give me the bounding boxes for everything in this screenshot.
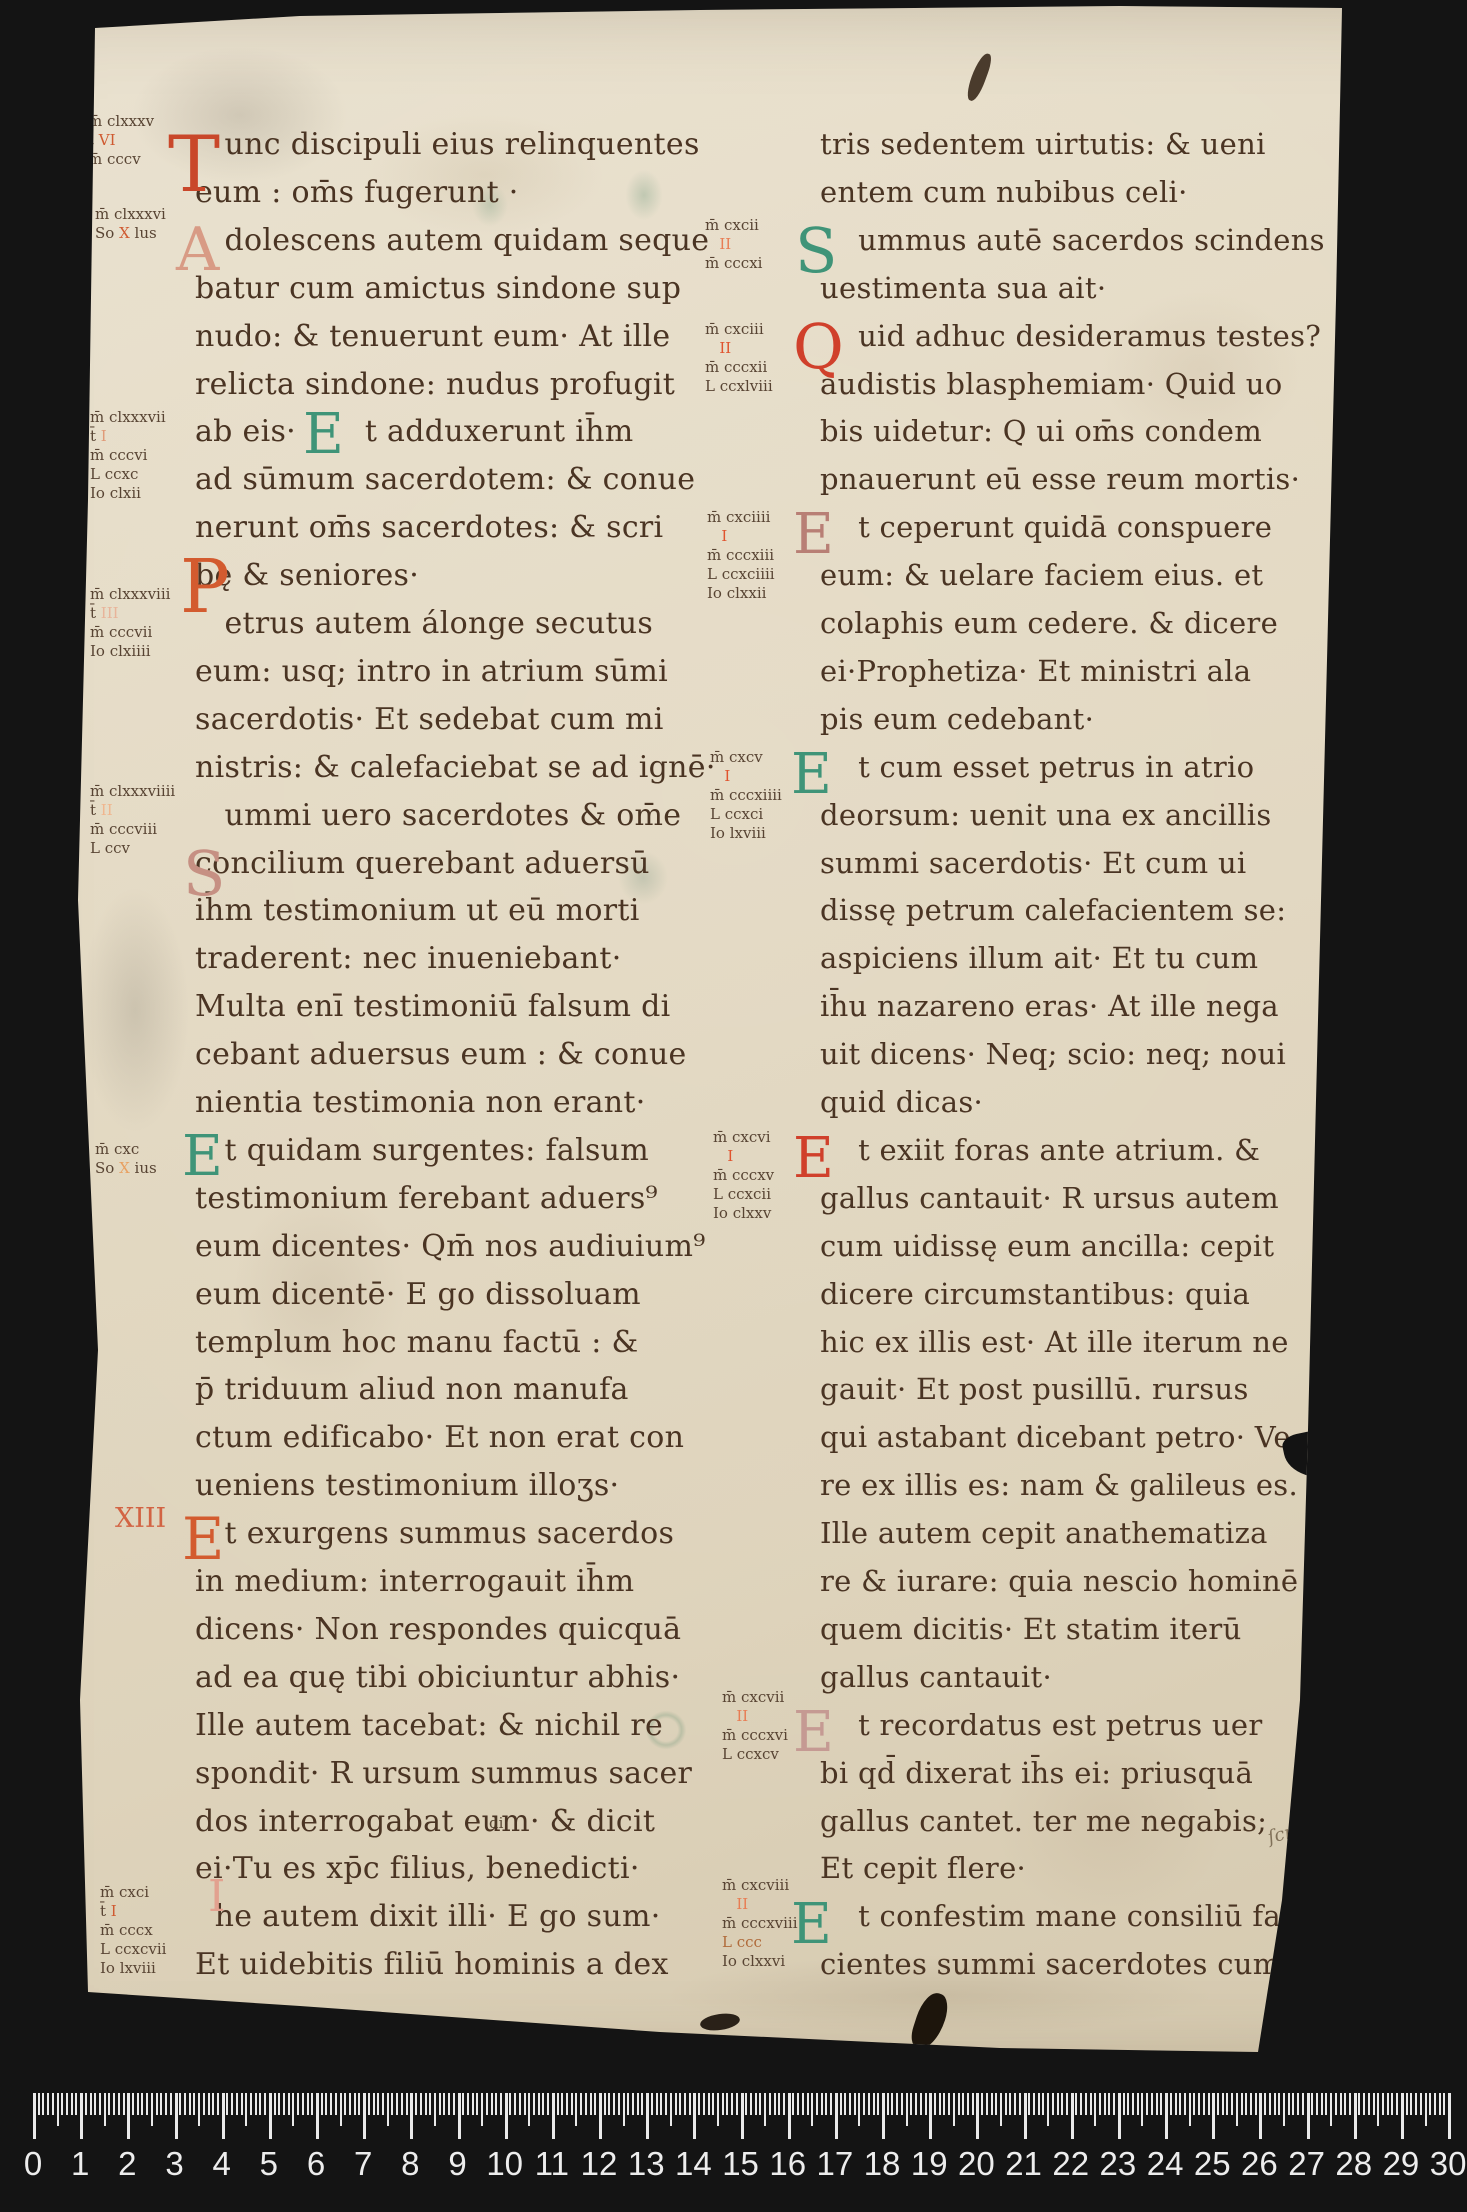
ruler-tick — [1222, 2093, 1224, 2115]
ruler-tick — [774, 2093, 776, 2115]
ruler-tick — [519, 2093, 521, 2115]
parchment-folio: unc discipuli eius relinquenteseum : om̄… — [0, 0, 1467, 2075]
ruler-tick — [830, 2093, 832, 2115]
ruler-tick — [170, 2093, 172, 2115]
ruler-tick — [882, 2093, 885, 2139]
ruler-tick — [132, 2093, 134, 2115]
ruler-tick — [618, 2093, 620, 2115]
ruler-tick — [660, 2093, 662, 2115]
ruler-tick — [1141, 2093, 1143, 2126]
illuminated-initial: E — [303, 408, 344, 461]
ruler-tick — [406, 2093, 408, 2115]
ruler-tick — [939, 2093, 941, 2115]
ruler-tick — [307, 2093, 309, 2115]
margin-annotation: ſuy — [1352, 1801, 1380, 1821]
ruler-tick — [349, 2093, 351, 2115]
ruler-tick — [33, 2093, 36, 2139]
ruler-number: 11 — [535, 2145, 569, 2183]
canon-reference-line: m̄ cccv — [88, 150, 154, 169]
canon-reference-line: m̄ cccxiii — [707, 546, 775, 565]
ruler-tick — [726, 2093, 728, 2115]
ruler-tick — [354, 2093, 356, 2115]
text-line: gallus cantet. ter me negabis; — [820, 1807, 1267, 1836]
ruler-tick — [967, 2093, 969, 2115]
margin-annotation: ſuydect — [1362, 1741, 1420, 1773]
text-line: pis eum cedebant· — [820, 705, 1094, 734]
ruler-tick — [958, 2093, 960, 2115]
text-line: qui astabant dicebant petro· Ve — [820, 1423, 1291, 1452]
text-line: uit dicens· Neq; scio: neq; noui — [820, 1040, 1286, 1069]
ruler-tick — [151, 2093, 153, 2126]
ruler-tick — [38, 2093, 40, 2115]
ruler-tick — [1325, 2093, 1327, 2115]
ruler-tick — [575, 2093, 577, 2126]
canon-reference-line: L ccxlviii — [705, 377, 773, 396]
manuscript-scan-page: unc discipuli eius relinquenteseum : om̄… — [0, 0, 1467, 2212]
ruler-tick — [1288, 2093, 1290, 2115]
ruler-tick — [316, 2093, 319, 2139]
ruler-tick — [1080, 2093, 1082, 2115]
text-line: quem dicitis· Et statim iterū — [820, 1615, 1242, 1644]
ruler-tick — [542, 2093, 544, 2115]
ruler-tick — [731, 2093, 733, 2115]
ruler-tick — [849, 2093, 851, 2115]
ruler-tick — [321, 2093, 323, 2115]
text-line: dissę petrum calefacientem se: — [820, 896, 1286, 925]
ruler-tick — [123, 2093, 125, 2115]
ruler-tick — [1057, 2093, 1059, 2115]
ruler-tick — [792, 2093, 794, 2115]
canon-reference-line: L ccc — [722, 1933, 798, 1952]
ruler-tick — [52, 2093, 54, 2115]
canon-reference-block: m̄ cxcit̄ Im̄ cccxL ccxcviiIo lxviii — [100, 1883, 166, 1978]
ruler-tick — [1297, 2093, 1299, 2115]
ruler-tick — [1443, 2093, 1445, 2115]
ruler-tick — [1047, 2093, 1049, 2126]
canon-reference-line: Io clxxvi — [722, 1952, 798, 1971]
ruler-tick — [840, 2093, 842, 2115]
ruler-tick — [288, 2093, 290, 2115]
text-line: gauit· Et post pusillū. rursus — [820, 1375, 1249, 1404]
ruler-tick — [1368, 2093, 1370, 2115]
ruler-tick — [1401, 2093, 1404, 2139]
canon-reference-line: I — [710, 767, 782, 786]
canon-reference-line: m̄ clxxxviii — [90, 585, 170, 604]
ruler-tick — [401, 2093, 403, 2115]
canon-reference-line: m̄ cxcvii — [722, 1688, 788, 1707]
ruler-tick — [71, 2093, 73, 2115]
ruler-tick — [429, 2093, 431, 2115]
ruler-tick — [472, 2093, 474, 2115]
illuminated-initial: S — [795, 222, 837, 281]
ruler-tick — [552, 2093, 555, 2139]
ruler-tick — [1009, 2093, 1011, 2115]
ruler-tick — [783, 2093, 785, 2115]
ruler-tick — [637, 2093, 639, 2115]
ruler-tick — [1302, 2093, 1304, 2115]
ruler-tick — [160, 2093, 162, 2115]
ruler-tick — [1212, 2093, 1215, 2139]
ruler-tick — [193, 2093, 195, 2115]
canon-reference-line: m̄ cxciiii — [707, 508, 775, 527]
ruler-tick — [156, 2093, 158, 2115]
ruler-tick — [1208, 2093, 1210, 2115]
ruler-tick — [208, 2093, 210, 2115]
canon-reference-line: m̄ cccvi — [90, 446, 166, 465]
ruler-number: 2 — [118, 2145, 136, 2183]
ruler-tick — [486, 2093, 488, 2115]
text-line: audistis blasphemiam· Quid uo — [820, 370, 1282, 399]
text-line: dicens· Non respondes quicquā — [195, 1615, 681, 1645]
ruler-tick — [391, 2093, 393, 2115]
canon-reference-line: Io clxii — [90, 484, 166, 503]
ruler-tick — [75, 2093, 77, 2115]
text-line: ad sūmum sacerdotem: & conue — [195, 465, 695, 495]
ruler-tick — [571, 2093, 573, 2115]
text-line: concilium querebant aduersū — [195, 849, 650, 879]
ruler-tick — [509, 2093, 511, 2115]
text-line: bis uidetur: Q ui om̄s condem — [820, 417, 1262, 446]
ruler-tick — [665, 2093, 667, 2115]
ruler-tick — [415, 2093, 417, 2115]
ruler-tick — [467, 2093, 469, 2115]
ruler-tick — [85, 2093, 87, 2115]
text-line: eum: & uelare faciem eius. et — [820, 561, 1263, 590]
text-line: in medium: interrogauit ih̄m — [195, 1567, 634, 1597]
ruler-tick — [962, 2093, 964, 2115]
canon-reference-line: t̄ III — [90, 604, 170, 623]
ruler-tick — [986, 2093, 988, 2115]
canon-reference-block: m̄ cxciii IIm̄ cccxiiL ccxlviii — [705, 320, 773, 396]
ruler-tick — [1179, 2093, 1181, 2115]
text-line: t recordatus est petrus uer — [820, 1711, 1263, 1740]
text-line: quid dicas· — [820, 1088, 983, 1117]
ruler-number: 8 — [401, 2145, 419, 2183]
ruler-tick — [1363, 2093, 1365, 2115]
text-line: nudo: & tenuerunt eum· At ille — [195, 322, 670, 352]
canon-reference-line: m̄ cccxv — [713, 1166, 774, 1185]
ruler-tick — [755, 2093, 757, 2115]
canon-reference-line: m̄ cxciii — [705, 320, 773, 339]
canon-reference-block: m̄ clxxxviSo X lus — [95, 205, 166, 243]
text-line: Et cepit flere· — [820, 1854, 1026, 1883]
canon-reference-line: L ccxcii — [713, 1185, 774, 1204]
ruler-tick — [995, 2093, 997, 2115]
ruler-tick — [198, 2093, 200, 2126]
text-line: hic ex illis est· At ille iterum ne — [820, 1328, 1289, 1357]
ruler-tick — [61, 2093, 63, 2115]
ruler-tick — [330, 2093, 332, 2115]
ruler-tick — [189, 2093, 191, 2115]
ruler-tick — [608, 2093, 610, 2115]
ruler-tick — [387, 2093, 389, 2126]
ruler-tick — [278, 2093, 280, 2115]
text-line: batur cum amictus sindone sup — [195, 274, 681, 304]
ruler-tick — [108, 2093, 110, 2115]
text-line: re & iurare: quia nescio hominē istū — [820, 1567, 1364, 1596]
margin-annotation: X X — [1316, 1910, 1428, 1979]
text-line: ummi uero sacerdotes & om̄e — [195, 801, 681, 831]
ruler-tick — [1000, 2093, 1002, 2126]
ruler-tick — [1198, 2093, 1200, 2115]
illuminated-initial: E — [182, 1512, 224, 1567]
canon-reference-line: So X ius — [95, 1159, 157, 1178]
ruler-tick — [1038, 2093, 1040, 2115]
text-line: cientes summi sacerdotes cum — [820, 1950, 1281, 1979]
ruler-number: 3 — [165, 2145, 183, 2183]
canon-reference-line: L ccxc — [90, 465, 166, 484]
ruler-tick — [410, 2093, 413, 2139]
ruler-tick — [335, 2093, 337, 2115]
ruler-tick — [420, 2093, 422, 2115]
canon-reference-block: m̄ cxcviii IIm̄ cccxviiiL cccIo clxxvi — [722, 1876, 798, 1971]
ruler-tick — [1410, 2093, 1412, 2115]
ruler-tick — [1052, 2093, 1054, 2115]
canon-reference-line: L ccv — [90, 839, 175, 858]
ruler-tick — [708, 2093, 710, 2115]
canon-reference-line: II — [722, 1707, 788, 1726]
ruler-tick — [769, 2093, 771, 2115]
ruler-tick — [764, 2093, 766, 2126]
illuminated-initial: P — [180, 552, 230, 622]
ruler-number: 5 — [260, 2145, 278, 2183]
ruler-tick — [741, 2093, 744, 2139]
canon-reference-block: m̄ clxxxviiit̄ IIIm̄ cccviiIo clxiiii — [90, 585, 170, 661]
ruler-tick — [953, 2093, 955, 2126]
canon-reference-line: m̄ clxxxvi — [95, 205, 166, 224]
canon-reference-line: m̄ cccvii — [90, 623, 170, 642]
parchment-stain — [618, 160, 670, 230]
canon-reference-line: m̄ clxxxv — [88, 112, 154, 131]
ruler-tick — [538, 2093, 540, 2115]
ruler-tick — [1071, 2093, 1074, 2139]
ruler-tick — [675, 2093, 677, 2115]
ruler-tick — [1175, 2093, 1177, 2115]
ruler-tick — [462, 2093, 464, 2115]
text-line: ab eis· t adduxerunt ih̄m — [195, 417, 633, 447]
canon-reference-block: m̄ cxcv Im̄ cccxiiiiL ccxciIo lxviii — [710, 748, 782, 843]
canon-reference-line: L ccxcv — [722, 1745, 788, 1764]
illuminated-initial: A — [176, 222, 219, 279]
ruler-number: 14 — [675, 2145, 712, 2183]
ruler-tick — [825, 2093, 827, 2115]
ruler-tick — [1439, 2093, 1441, 2115]
text-line: p̄ triduum aliud non manufa — [195, 1375, 629, 1405]
ruler-tick — [802, 2093, 804, 2115]
ruler-tick — [1123, 2093, 1125, 2115]
ruler-tick — [778, 2093, 780, 2115]
ruler-tick — [693, 2093, 696, 2139]
ruler-tick — [453, 2093, 455, 2115]
canon-reference-line: m̄ cccviii — [90, 820, 175, 839]
ruler-tick — [141, 2093, 143, 2115]
ruler-tick — [1311, 2093, 1313, 2115]
text-line: t confestim mane consiliū fa — [820, 1902, 1281, 1931]
ruler-tick — [646, 2093, 649, 2139]
ruler-tick — [1108, 2093, 1110, 2115]
ruler-tick — [368, 2093, 370, 2115]
ruler-number: 10 — [486, 2145, 523, 2183]
text-line: dicere circumstantibus: quia — [820, 1280, 1250, 1309]
ruler-number: 18 — [864, 2145, 901, 2183]
text-line: eum: usq; intro in atrium sūmi — [195, 657, 668, 687]
canon-reference-line: m̄ clxxxvii — [90, 408, 166, 427]
ruler-tick — [807, 2093, 809, 2115]
ruler-tick — [175, 2093, 178, 2139]
ruler-tick — [1434, 2093, 1436, 2115]
ruler-tick — [1429, 2093, 1431, 2115]
ruler-tick — [302, 2093, 304, 2115]
ruler-tick — [915, 2093, 917, 2115]
illuminated-initial: T — [168, 128, 220, 202]
text-line: ih̄m testimonium ut eū morti — [195, 896, 640, 926]
ruler-number: 13 — [628, 2145, 665, 2183]
text-line: colaphis eum cedere. & dicere — [820, 609, 1278, 638]
ruler-tick — [1005, 2093, 1007, 2115]
text-line: Multa enī testimoniū falsum di — [195, 992, 671, 1022]
ruler-tick — [991, 2093, 993, 2115]
canon-reference-line: m̄ cccxiiii — [710, 786, 782, 805]
ruler-tick — [925, 2093, 927, 2115]
ruler-tick — [1344, 2093, 1346, 2115]
ruler-tick — [736, 2093, 738, 2115]
ruler-tick — [1349, 2093, 1351, 2115]
ruler-tick — [476, 2093, 478, 2115]
ink-blot — [964, 51, 994, 103]
illuminated-initial: S — [183, 845, 225, 904]
ruler-tick — [458, 2093, 461, 2139]
text-line: summi sacerdotis· Et cum ui — [820, 849, 1247, 878]
ruler-tick — [656, 2093, 658, 2115]
ruler-tick — [231, 2093, 233, 2115]
ruler-tick — [1085, 2093, 1087, 2115]
ruler-number: 29 — [1383, 2145, 1420, 2183]
ruler-tick — [1231, 2093, 1233, 2115]
ruler-tick — [1113, 2093, 1115, 2115]
ruler-tick — [1274, 2093, 1276, 2115]
ruler-tick — [1061, 2093, 1063, 2115]
ruler-tick — [514, 2093, 516, 2115]
ruler-tick — [1278, 2093, 1280, 2115]
ruler-tick — [274, 2093, 276, 2115]
ruler-tick — [929, 2093, 932, 2139]
margin-annotation: ſcny — [1266, 1820, 1308, 1847]
ruler-tick — [80, 2093, 83, 2139]
canon-reference-line: m̄ cccxviii — [722, 1914, 798, 1933]
ruler-tick — [439, 2093, 441, 2115]
ruler-tick — [854, 2093, 856, 2115]
ruler-tick — [1292, 2093, 1294, 2115]
ruler-tick — [1066, 2093, 1068, 2115]
ruler-tick — [1151, 2093, 1153, 2115]
ruler-tick — [1160, 2093, 1162, 2115]
canon-reference-line: m̄ cccxii — [705, 358, 773, 377]
ruler-tick — [434, 2093, 436, 2126]
ruler-tick — [750, 2093, 752, 2115]
ruler-tick — [259, 2093, 261, 2115]
canon-reference-block: m̄ cxcvi Im̄ cccxvL ccxciiIo clxxv — [713, 1128, 774, 1223]
ruler-tick — [1377, 2093, 1379, 2126]
ruler-tick — [976, 2093, 979, 2139]
ruler-tick — [165, 2093, 167, 2115]
ruler-tick — [373, 2093, 375, 2115]
ruler-tick — [717, 2093, 719, 2126]
ruler-tick — [1024, 2093, 1027, 2139]
ruler-tick — [325, 2093, 327, 2115]
ruler-tick — [844, 2093, 846, 2115]
canon-reference-block: m̄ cxcSo X ius — [95, 1140, 157, 1178]
canon-reference-line: m̄ cccx — [100, 1921, 166, 1940]
ruler-tick — [118, 2093, 120, 2115]
canon-reference-block: m̄ cxcvii IIm̄ cccxviL ccxcv — [722, 1688, 788, 1764]
text-line: entem cum nubibus celi· — [820, 178, 1188, 207]
ruler-tick — [585, 2093, 587, 2115]
text-line: tris sedentem uirtutis: & ueni — [820, 130, 1266, 159]
canon-reference-line: m̄ cxcvi — [713, 1128, 774, 1147]
ruler-tick — [1042, 2093, 1044, 2115]
ruler-tick — [481, 2093, 483, 2126]
ruler-tick — [1354, 2093, 1357, 2139]
ruler-number: 21 — [1005, 2145, 1042, 2183]
canon-reference-line: Io lxviii — [710, 824, 782, 843]
illuminated-initial: E — [793, 1132, 834, 1185]
ruler-tick — [547, 2093, 549, 2115]
ruler-number: 19 — [911, 2145, 948, 2183]
ruler-tick — [1184, 2093, 1186, 2115]
text-line: re ex illis es: nam & galileus es. — [820, 1471, 1298, 1500]
ruler-tick — [1448, 2093, 1451, 2139]
ruler-number: 12 — [581, 2145, 618, 2183]
ruler-tick — [245, 2093, 247, 2126]
text-line: cum uidissę eum ancilla: cepit — [820, 1232, 1274, 1261]
ruler-tick — [679, 2093, 681, 2115]
text-line: ei·Prophetiza· Et ministri ala — [820, 657, 1251, 686]
ruler-tick — [104, 2093, 106, 2126]
text-line: relicta sindone: nudus profugit — [195, 370, 675, 400]
text-line: gallus cantauit· R ursus autem — [820, 1184, 1279, 1213]
ruler-tick — [217, 2093, 219, 2115]
ink-blot — [908, 1989, 953, 2053]
ruler-tick — [1382, 2093, 1384, 2115]
margin-annotation: di — [489, 1816, 503, 1831]
ruler-tick — [448, 2093, 450, 2115]
text-line: uid adhuc desideramus testes? — [820, 322, 1321, 351]
ruler-tick — [873, 2093, 875, 2115]
ruler-tick — [1250, 2093, 1252, 2115]
ruler-tick — [184, 2093, 186, 2115]
ruler-tick — [698, 2093, 700, 2115]
ruler-tick — [1226, 2093, 1228, 2115]
ruler-tick — [632, 2093, 634, 2115]
illuminated-initial: E — [793, 508, 834, 561]
text-line: deorsum: uenit una ex ancillis — [820, 801, 1272, 830]
ruler-tick — [1307, 2093, 1310, 2139]
text-line: dolescens autem quidam seque — [195, 226, 709, 256]
ruler-tick — [901, 2093, 903, 2115]
margin-annotation: ct — [1428, 1785, 1441, 1799]
canon-reference-line: L ccxci — [710, 805, 782, 824]
ruler-tick — [1420, 2093, 1422, 2115]
margin-annotation: ib — [1348, 1894, 1363, 1910]
canon-reference-line: Io lxviii — [100, 1959, 166, 1978]
canon-reference-line: I — [707, 527, 775, 546]
ruler-tick — [99, 2093, 101, 2115]
text-line: ueniens testimonium illoʒs· — [195, 1471, 619, 1501]
ruler-number: 4 — [212, 2145, 230, 2183]
ruler-tick — [1387, 2093, 1389, 2115]
ruler-tick — [1335, 2093, 1337, 2115]
ruler-tick — [1090, 2093, 1092, 2115]
